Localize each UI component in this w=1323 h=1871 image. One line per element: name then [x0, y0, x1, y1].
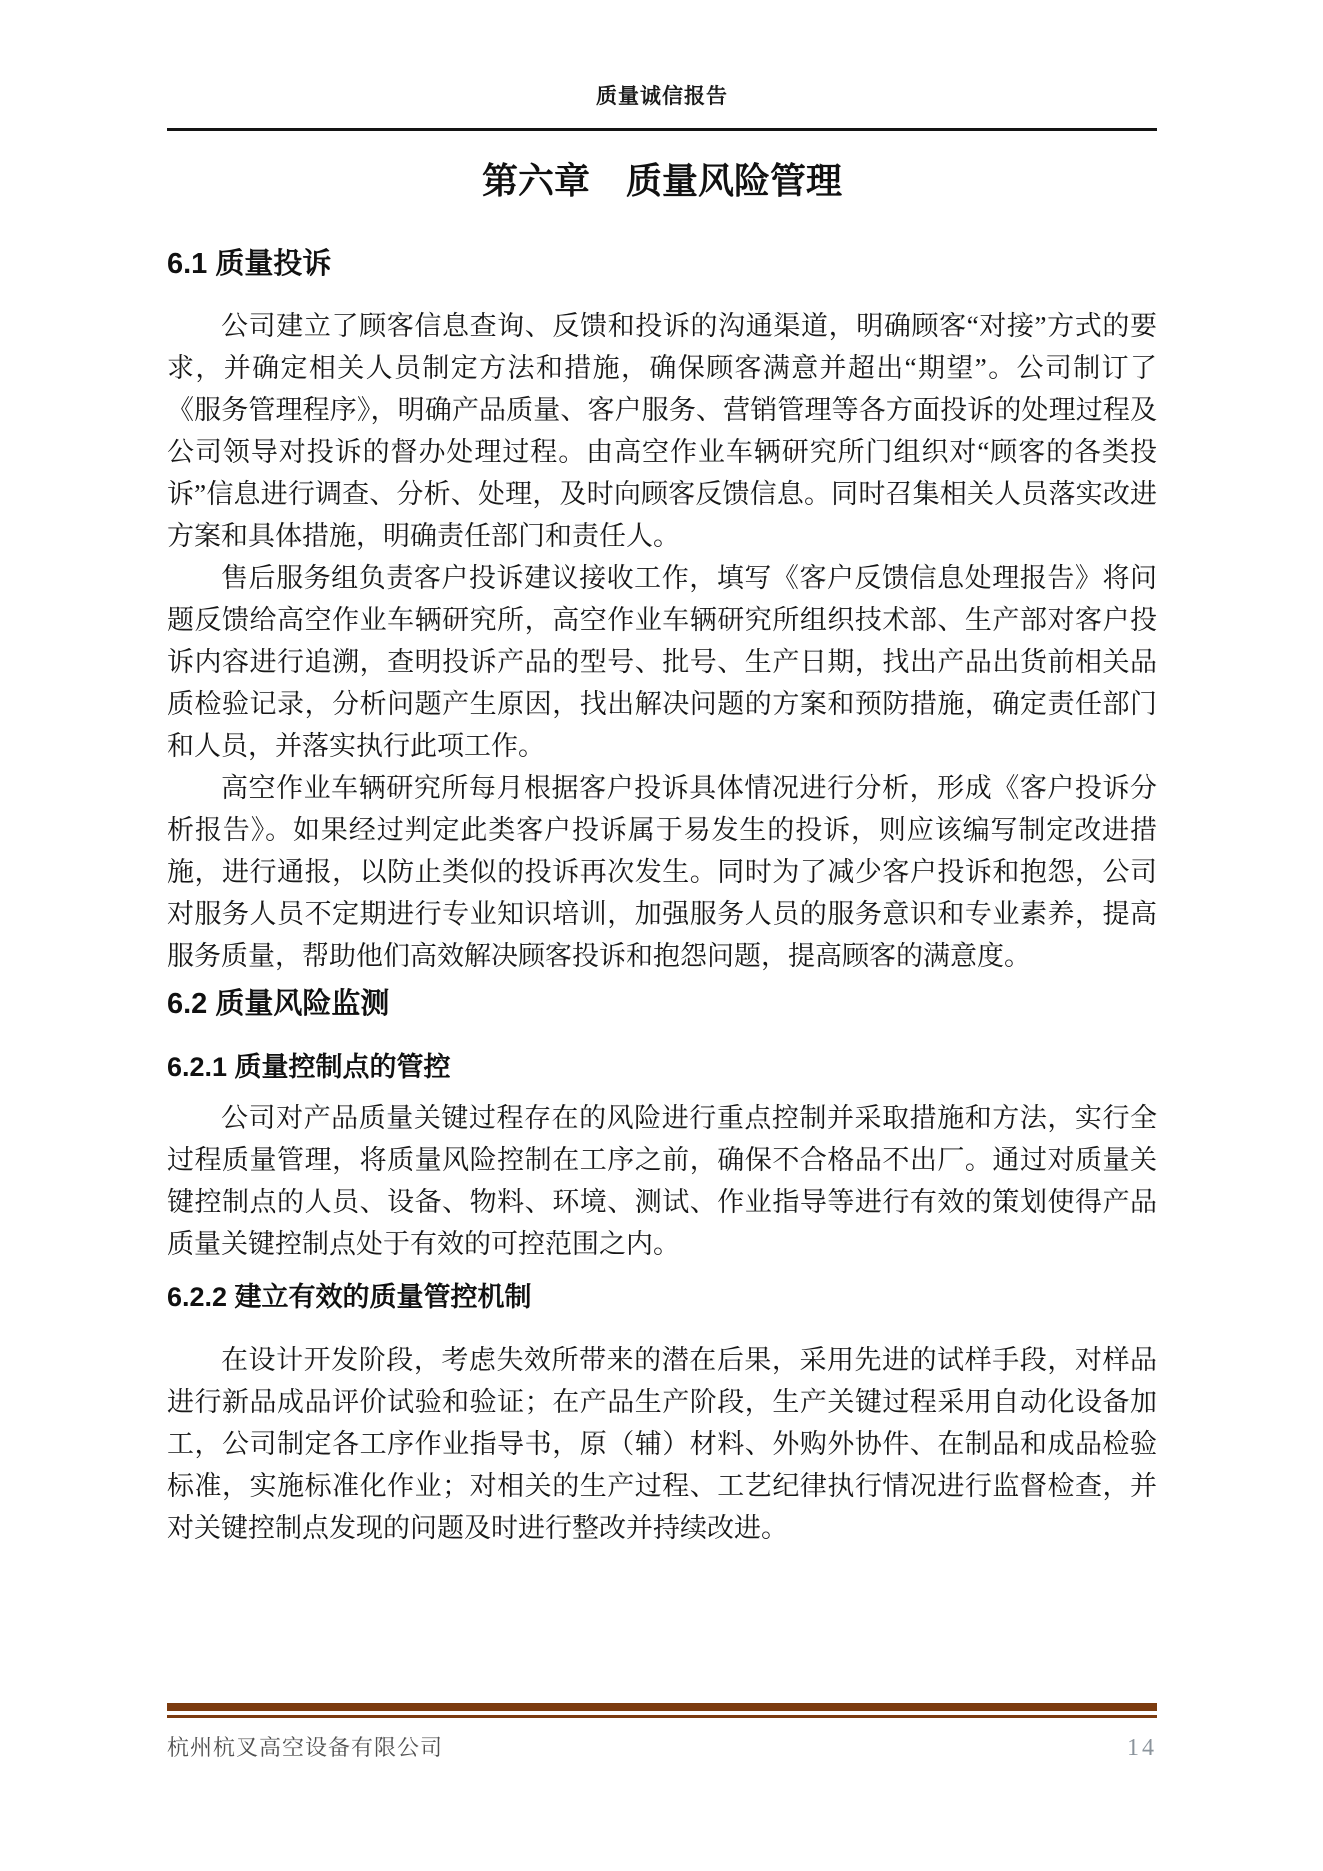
section-heading-6-2-1: 6.2.1 质量控制点的管控 [167, 1049, 1157, 1085]
paragraph-6-1-3: 高空作业车辆研究所每月根据客户投诉具体情况进行分析，形成《客户投诉分析报告》。如… [167, 767, 1157, 977]
header-divider [167, 128, 1157, 131]
chapter-title: 第六章 质量风险管理 [167, 159, 1157, 203]
section-heading-6-2: 6.2 质量风险监测 [167, 985, 1157, 1023]
paragraph-6-1-2: 售后服务组负责客户投诉建议接收工作，填写《客户反馈信息处理报告》将问题反馈给高空… [167, 557, 1157, 767]
footer-company-name: 杭州杭叉高空设备有限公司 [167, 1731, 443, 1762]
page-number: 14 [1127, 1735, 1157, 1762]
footer-row: 杭州杭叉高空设备有限公司 14 [167, 1731, 1157, 1762]
page-content: 质量诚信报告 第六章 质量风险管理 6.1 质量投诉 公司建立了顾客信息查询、反… [0, 0, 1323, 1549]
paragraph-6-2-1: 公司对产品质量关键过程存在的风险进行重点控制并采取措施和方法，实行全过程质量管理… [167, 1097, 1157, 1265]
paragraph-6-2-2: 在设计开发阶段，考虑失效所带来的潜在后果，采用先进的试样手段，对样品进行新品成品… [167, 1339, 1157, 1549]
document-page: 质量诚信报告 第六章 质量风险管理 6.1 质量投诉 公司建立了顾客信息查询、反… [0, 0, 1323, 1871]
running-header-title: 质量诚信报告 [167, 86, 1157, 108]
footer-rule-thin [167, 1715, 1157, 1718]
section-heading-6-2-2: 6.2.2 建立有效的质量管控机制 [167, 1279, 1157, 1315]
paragraph-6-1-1: 公司建立了顾客信息查询、反馈和投诉的沟通渠道，明确顾客“对接”方式的要求，并确定… [167, 305, 1157, 557]
page-footer: 杭州杭叉高空设备有限公司 14 [167, 1703, 1157, 1762]
section-heading-6-1: 6.1 质量投诉 [167, 245, 1157, 283]
footer-rule-thick [167, 1703, 1157, 1711]
